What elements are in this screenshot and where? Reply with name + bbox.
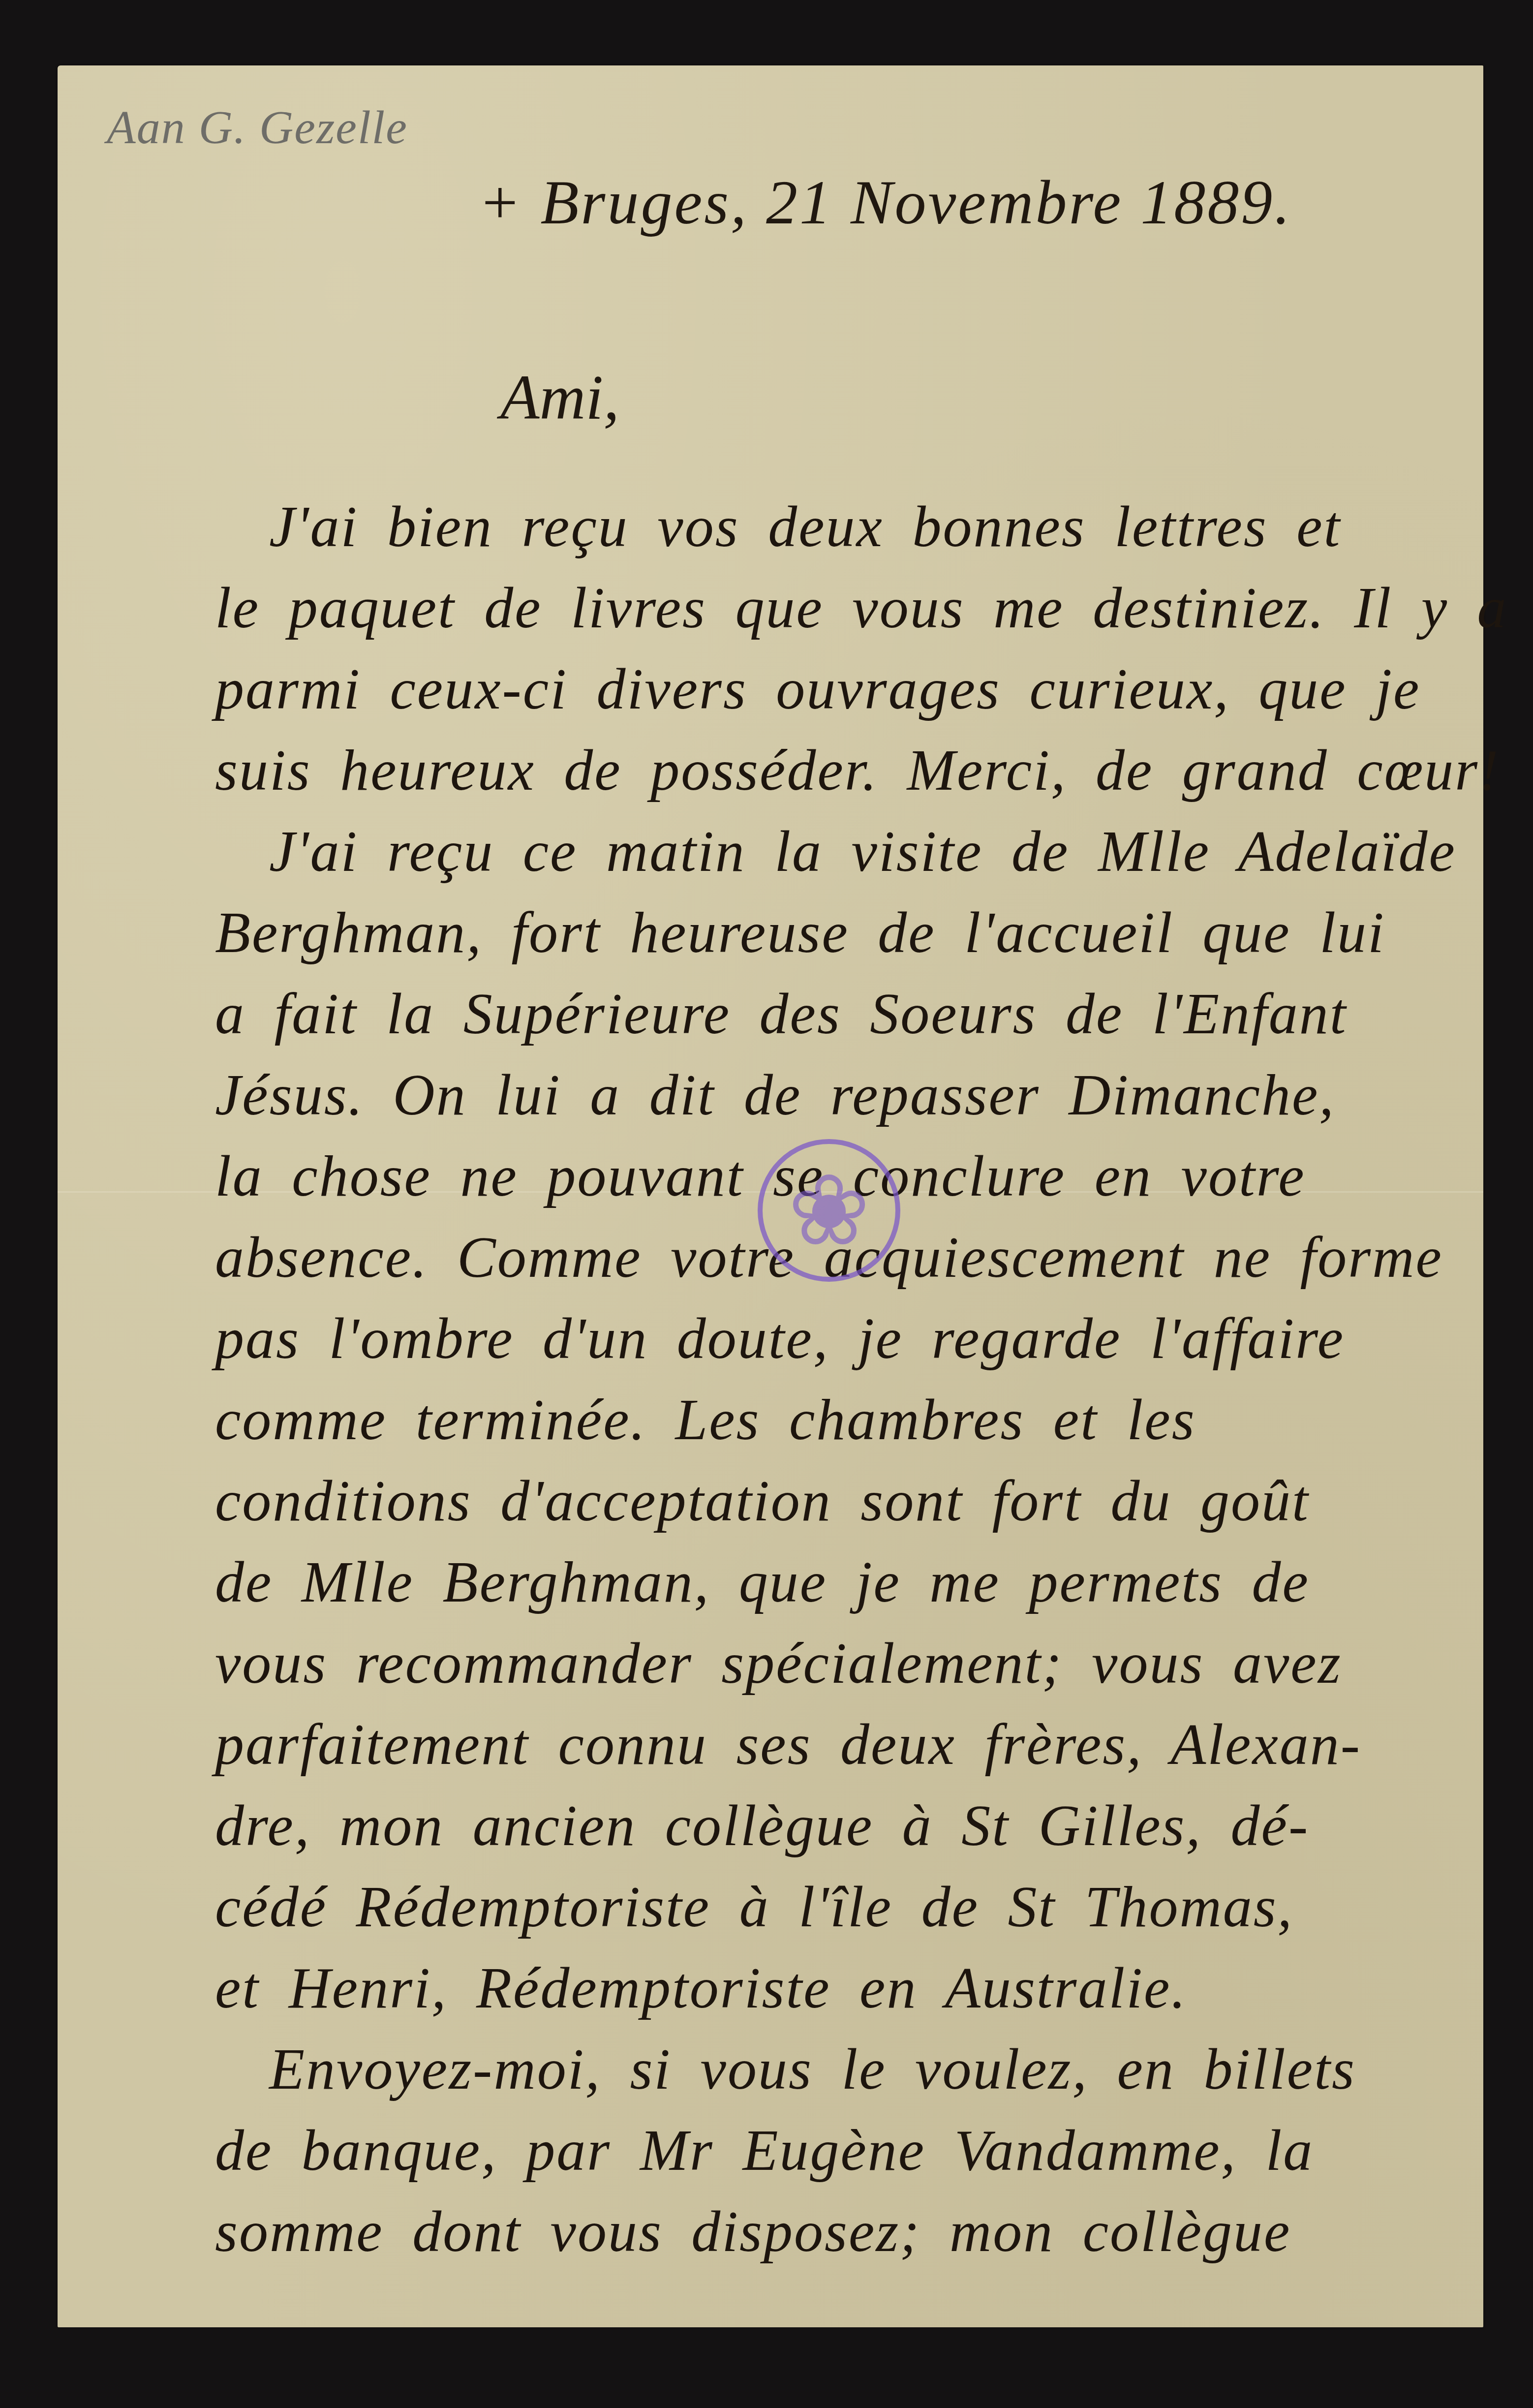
letter-line: suis heureux de posséder. Merci, de gran… xyxy=(215,730,1494,811)
letter-line: vous recommander spécialement; vous avez xyxy=(215,1623,1494,1704)
letter-line: a fait la Supérieure des Soeurs de l'Enf… xyxy=(215,973,1494,1054)
letter-line: pas l'ombre d'un doute, je regarde l'aff… xyxy=(215,1298,1494,1379)
letter-line: J'ai reçu ce matin la visite de Mlle Ade… xyxy=(215,811,1494,892)
letter-line: le paquet de livres que vous me destinie… xyxy=(215,567,1494,648)
letter-line: conditions d'acceptation sont fort du go… xyxy=(215,1460,1494,1542)
letter-line: J'ai bien reçu vos deux bonnes lettres e… xyxy=(215,486,1494,567)
letter-line: Jésus. On lui a dit de repasser Dimanche… xyxy=(215,1054,1494,1136)
letter-body: J'ai bien reçu vos deux bonnes lettres e… xyxy=(215,486,1494,2272)
pencil-annotation: Aan G. Gezelle xyxy=(107,100,408,154)
letter-line: parmi ceux-ci divers ouvrages curieux, q… xyxy=(215,648,1494,730)
letter-line: parfaitement connu ses deux frères, Alex… xyxy=(215,1704,1494,1785)
library-stamp: ❀ xyxy=(758,1139,900,1282)
date-line: + Bruges, 21 Novembre 1889. xyxy=(478,166,1292,239)
salutation: Ami, xyxy=(500,361,619,434)
letter-line: cédé Rédemptoriste à l'île de St Thomas, xyxy=(215,1866,1494,1947)
letter-line: dre, mon ancien collègue à St Gilles, dé… xyxy=(215,1785,1494,1866)
letter-line: comme terminée. Les chambres et les xyxy=(215,1379,1494,1460)
letter-line: de banque, par Mr Eugène Vandamme, la xyxy=(215,2110,1494,2191)
letter-line: Berghman, fort heureuse de l'accueil que… xyxy=(215,892,1494,973)
letter-line: somme dont vous disposez; mon collègue xyxy=(215,2191,1494,2272)
letter-page: Aan G. Gezelle + Bruges, 21 Novembre 188… xyxy=(58,65,1483,2327)
letter-line: de Mlle Berghman, que je me permets de xyxy=(215,1542,1494,1623)
monogram-seal-icon: ❀ xyxy=(763,1144,895,1277)
letter-line: et Henri, Rédemptoriste en Australie. xyxy=(215,1947,1494,2029)
letter-line: Envoyez-moi, si vous le voulez, en bille… xyxy=(215,2029,1494,2110)
